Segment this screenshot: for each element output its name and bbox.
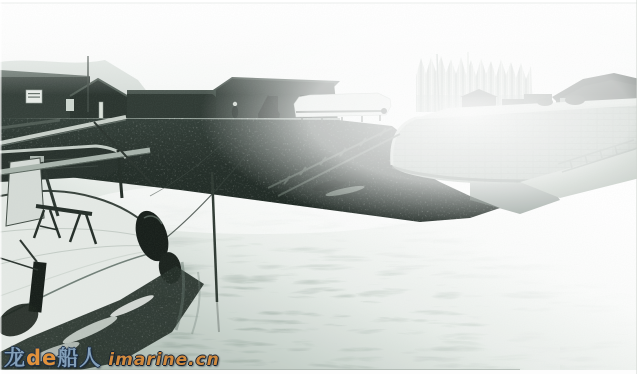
watermark-site-url: imarine.cn [108,350,220,370]
border-bottom [0,370,640,374]
site-watermark: 龙de船人imarine.cn [4,348,220,369]
border-left [0,0,2,374]
historical-harbor-photograph: 龙de船人imarine.cn [0,0,640,374]
border-top [0,0,640,3]
border-top-line [0,3,640,4]
watermark-cjk-suffix: 船人 [57,346,101,370]
scan-tint [0,0,640,374]
watermark-de: de [26,346,57,370]
border-right-line [636,0,637,374]
photo-canvas [0,0,640,374]
watermark-cjk-prefix: 龙 [4,346,26,370]
